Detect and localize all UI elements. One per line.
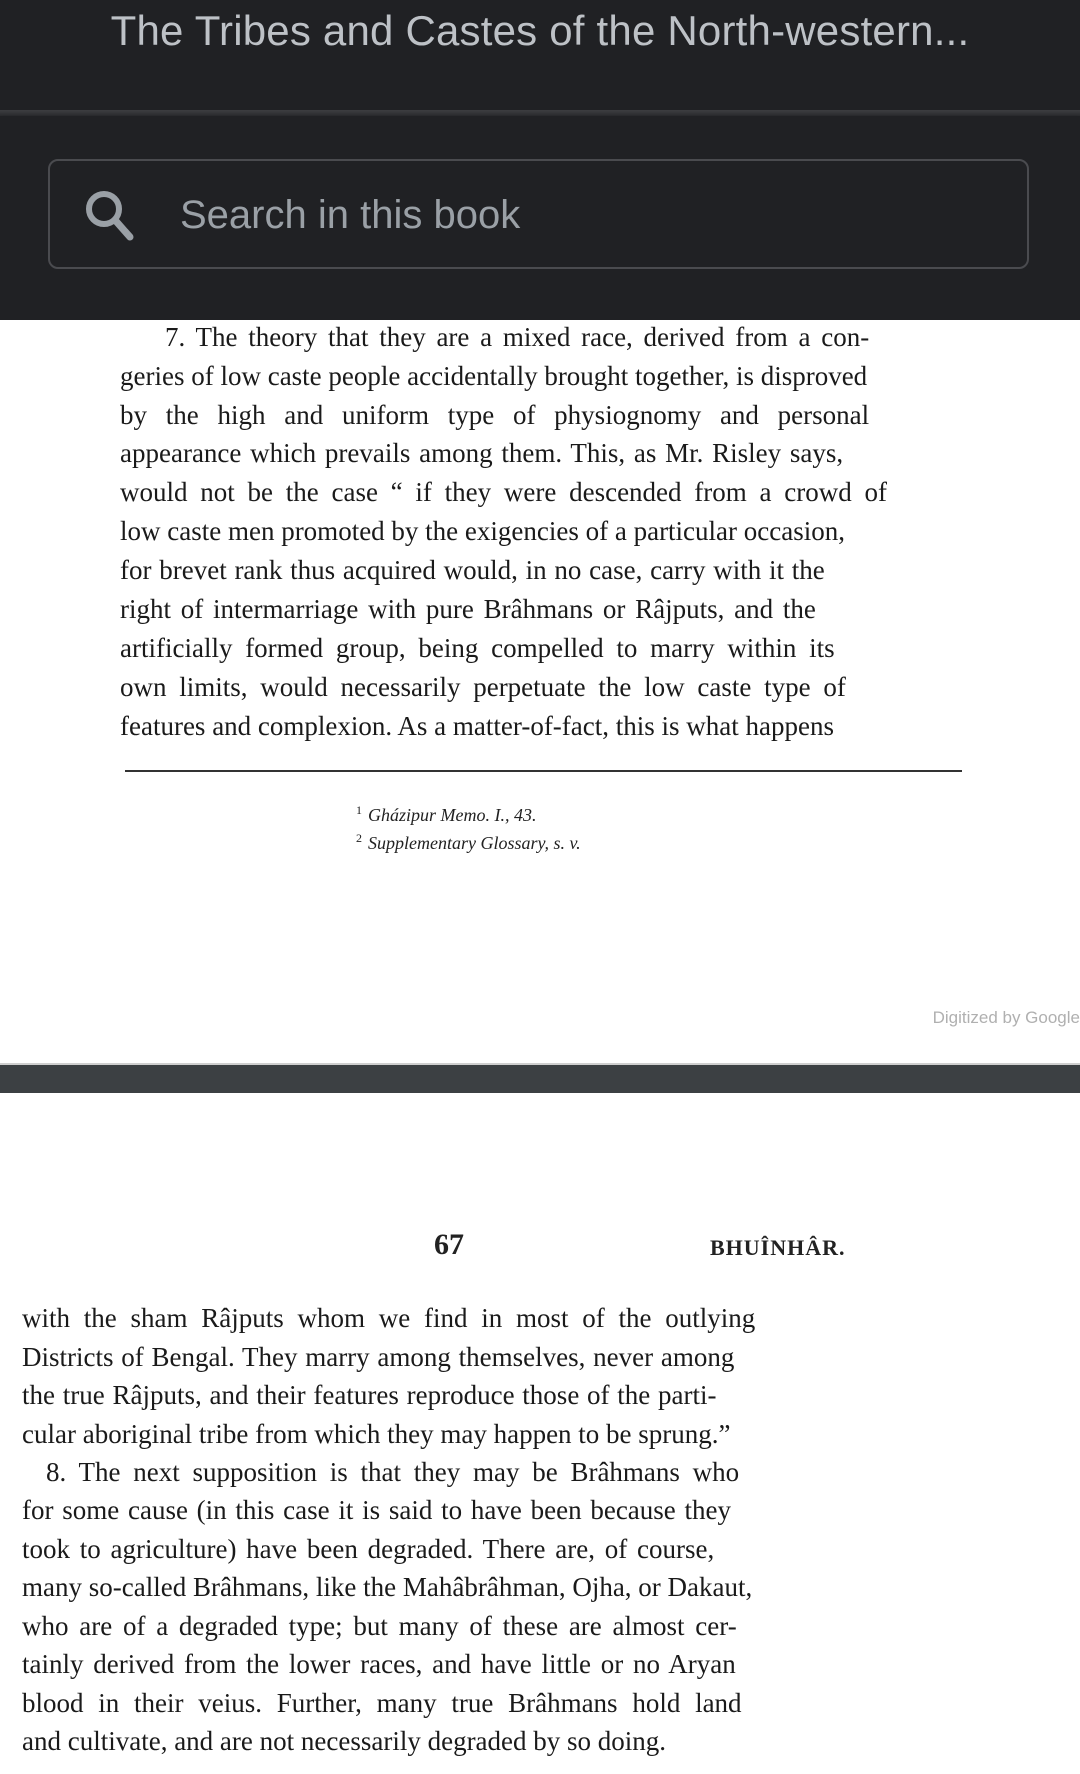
text-line: many so-called Brâhmans, like the Mahâbr… xyxy=(22,1570,752,1604)
footnote-mark: 1 xyxy=(356,803,362,817)
footnote-rule xyxy=(125,770,962,772)
footnote-text: Gházipur Memo. I., 43. xyxy=(368,805,537,825)
text-line: 7. The theory that they are a mixed race… xyxy=(165,320,869,354)
text-line: cular aboriginal tribe from which they m… xyxy=(22,1417,731,1451)
text-line: took to agriculture) have been degraded.… xyxy=(22,1532,714,1566)
text-line: and cultivate, and are not necessarily d… xyxy=(22,1724,666,1758)
book-page-previous: 7. The theory that they are a mixed race… xyxy=(0,320,1080,1063)
text-line: right of intermarriage with pure Brâhman… xyxy=(120,592,816,626)
text-line: with the sham Râjputs whom we find in mo… xyxy=(22,1301,755,1335)
text-line: blood in their veius. Further, many true… xyxy=(22,1686,742,1720)
text-line: 8. The next supposition is that they may… xyxy=(46,1455,739,1489)
text-line: by the high and uniform type of physiogn… xyxy=(120,398,869,432)
footnote-mark: 2 xyxy=(356,831,362,845)
running-head: BHUÎNHÂR. xyxy=(710,1235,846,1261)
search-box[interactable] xyxy=(48,159,1029,269)
search-icon xyxy=(82,187,138,243)
text-line: geries of low caste people accidentally … xyxy=(120,359,867,393)
text-line: who are of a degraded type; but many of … xyxy=(22,1609,737,1643)
search-bar-container xyxy=(0,116,1080,320)
text-line: the true Râjputs, and their features rep… xyxy=(22,1378,717,1412)
footnote-text: Supplementary Glossary, s. v. xyxy=(368,833,581,853)
text-line: for some cause (in this case it is said … xyxy=(22,1493,731,1527)
text-line: artificially formed group, being compell… xyxy=(120,631,835,665)
book-title: The Tribes and Castes of the North-weste… xyxy=(0,4,1080,58)
digitized-by-google-watermark: Digitized by Google xyxy=(933,1008,1080,1028)
book-page-current: 67 BHUÎNHÂR. with the sham Râjputs whom … xyxy=(0,1093,1080,1774)
text-line: low caste men promoted by the exigencies… xyxy=(120,514,845,548)
text-line: Districts of Bengal. They marry among th… xyxy=(22,1340,734,1374)
text-line: tainly derived from the lower races, and… xyxy=(22,1647,736,1681)
footnote-1: 1Gházipur Memo. I., 43. xyxy=(356,803,537,826)
page-number: 67 xyxy=(434,1228,464,1262)
text-line: appearance which prevails among them. Th… xyxy=(120,436,843,470)
text-line: would not be the case “ if they were des… xyxy=(120,475,887,509)
text-line: own limits, would necessarily perpetuate… xyxy=(120,670,846,704)
text-line: for brevet rank thus acquired would, in … xyxy=(120,553,825,587)
footnote-2: 2Supplementary Glossary, s. v. xyxy=(356,831,581,854)
app-header: The Tribes and Castes of the North-weste… xyxy=(0,0,1080,112)
page-separator xyxy=(0,1063,1080,1095)
text-line: features and complexion. As a matter-of-… xyxy=(120,709,834,743)
search-input[interactable] xyxy=(178,183,982,247)
